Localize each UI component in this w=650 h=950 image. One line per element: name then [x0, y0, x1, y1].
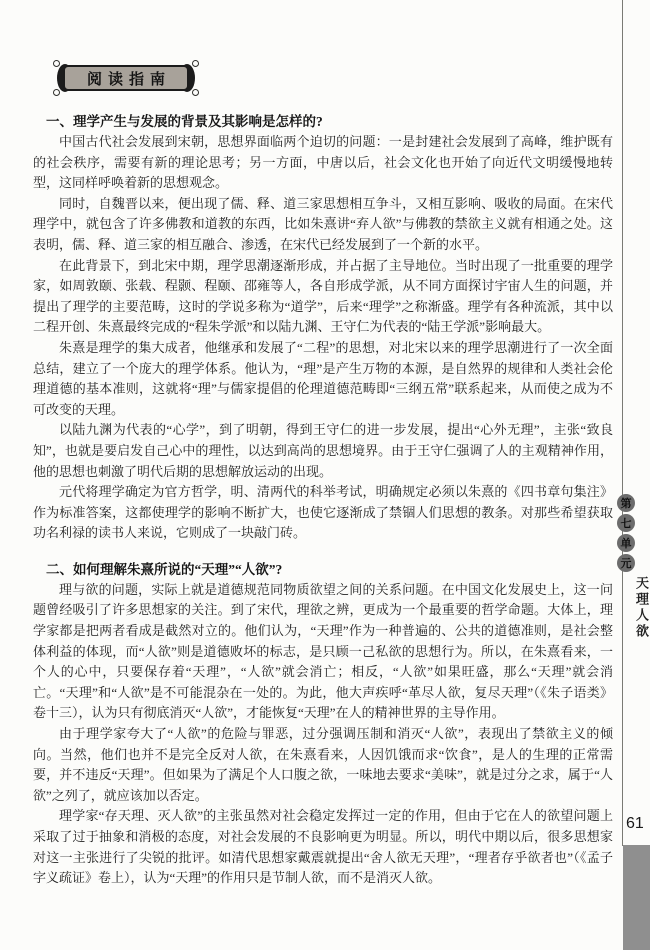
paragraph: 朱熹是理学的集大成者，他继承和发展了“二程”的思想，对北宋以来的理学思潮进行了一…: [33, 338, 613, 420]
paragraph: 理与欲的问题，实际上就是道德规范同物质欲望之间的关系问题。在中国文化发展史上，这…: [33, 580, 613, 724]
scroll-curl-icon: [53, 89, 60, 96]
paragraph: 中国古代社会发展到宋朝，思想界面临两个迫切的问题：一是封建社会发展到了高峰，维护…: [33, 132, 613, 194]
paragraph: 以陆九渊为代表的“心学”，到了明朝，得到王守仁的进一步发展，提出“心外无理”，主…: [33, 420, 613, 482]
page-edge-tab: [623, 845, 650, 950]
paragraph: 理学家“存天理、灭人欲”的主张虽然对社会稳定发挥过一定的作用，但由于它在人的欲望…: [33, 806, 613, 888]
unit-bead: 七: [617, 514, 635, 532]
right-margin-rule: [622, 0, 623, 846]
section-2-heading: 二、如何理解朱熹所说的“天理”“人欲”?: [33, 559, 613, 580]
scroll-curl-icon: [192, 89, 199, 96]
banner-bar: 阅读指南: [63, 65, 189, 91]
paragraph: 元代将理学确定为官方哲学，明、清两代的科举考试，明确规定必须以朱熹的《四书章句集…: [33, 482, 613, 544]
main-text-column: 一、理学产生与发展的背景及其影响是怎样的? 中国古代社会发展到宋朝，思想界面临两…: [33, 111, 613, 889]
scroll-curl-icon: [53, 60, 60, 67]
unit-bead: 单: [617, 534, 635, 552]
paragraph: 同时，自魏晋以来，便出现了儒、释、道三家思想相互争斗，又相互影响、吸收的局面。在…: [33, 194, 613, 256]
unit-title-vertical-label: 天理人欲: [632, 576, 650, 640]
paragraph: 在此背景下，到北宋中期，理学思潮逐渐形成，并占据了主导地位。当时出现了一批重要的…: [33, 256, 613, 338]
banner-title: 阅读指南: [81, 68, 171, 89]
unit-number-badge: 第 七 单 元: [617, 494, 636, 574]
textbook-page: 阅读指南 一、理学产生与发展的背景及其影响是怎样的? 中国古代社会发展到宋朝，思…: [0, 0, 650, 950]
page-number: 61: [626, 815, 644, 833]
unit-bead: 第: [617, 494, 635, 512]
paragraph: 由于理学家夸大了“人欲”的危险与罪恶，过分强调压制和消灭“人欲”，表现出了禁欲主…: [33, 724, 613, 806]
reading-guide-banner: 阅读指南: [53, 59, 199, 97]
scroll-curl-icon: [192, 60, 199, 67]
unit-bead: 元: [617, 554, 635, 572]
section-1-heading: 一、理学产生与发展的背景及其影响是怎样的?: [33, 111, 613, 132]
